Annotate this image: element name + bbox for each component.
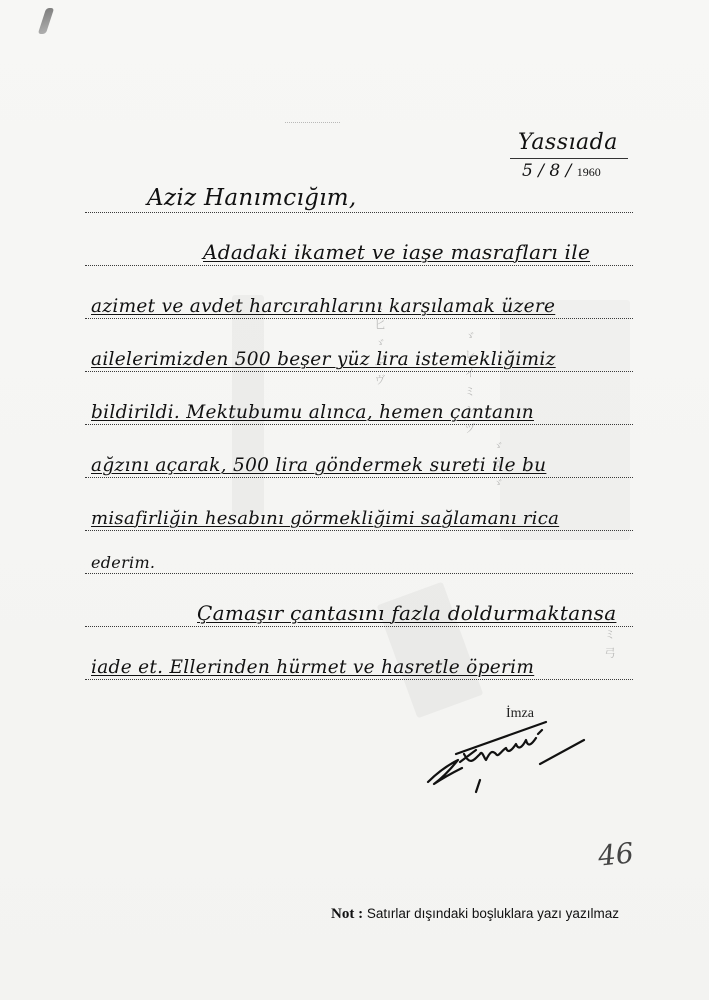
- place-underline: [510, 158, 628, 159]
- place-name: Yassıada: [510, 130, 645, 156]
- letter-line: ağzını açarak, 500 lira göndermek sureti…: [91, 455, 546, 476]
- form-footer-note: Not : Satırlar dışındaki boşluklara yazı…: [331, 906, 619, 923]
- ruled-line: misafirliğin hesabını görmekliğimi sağla…: [85, 490, 633, 531]
- ruled-line: Adadaki ikamet ve iaşe masrafları ile: [85, 225, 633, 266]
- signature-icon: [420, 720, 610, 800]
- letter-line: bildirildi. Mektubumu alınca, hemen çant…: [91, 402, 534, 423]
- ruled-line: Aziz Hanımcığım,: [85, 172, 633, 213]
- margin-page-number: 46: [596, 836, 635, 873]
- ruled-line: ailelerimizden 500 beşer yüz lira isteme…: [85, 331, 633, 372]
- corner-ink-mark: [38, 8, 54, 34]
- letter-line: Çamaşır çantasını fazla doldurmaktansa: [197, 601, 616, 625]
- ruled-line: bildirildi. Mektubumu alınca, hemen çant…: [85, 384, 633, 425]
- letter-line: iade et. Ellerinden hürmet ve hasretle ö…: [91, 657, 534, 678]
- ruled-line: iade et. Ellerinden hürmet ve hasretle ö…: [85, 639, 633, 680]
- letter-line: azimet ve avdet harcırahlarını karşılama…: [91, 296, 555, 317]
- ruled-line: Çamaşır çantasını fazla doldurmaktansa: [85, 586, 633, 627]
- top-smudge: [285, 122, 340, 126]
- note-label: Not :: [331, 906, 363, 922]
- letter-line: ederim.: [91, 553, 155, 572]
- salutation: Aziz Hanımcığım,: [147, 185, 357, 211]
- note-text: Satırlar dışındaki boşluklara yazı yazıl…: [367, 906, 619, 921]
- letter-line: misafirliğin hesabını görmekliğimi sağla…: [91, 508, 559, 529]
- letter-line: ailelerimizden 500 beşer yüz lira isteme…: [91, 349, 556, 370]
- ruled-line: ağzını açarak, 500 lira göndermek sureti…: [85, 437, 633, 478]
- letter-page: ミ 匕 ゞ ぶ ヴ ゞ レ イ ミ シ ヅ ゞ ゆ ゞ ニ ミ 弓 Yassıa…: [0, 0, 709, 1000]
- ruled-line: ederim.: [85, 533, 633, 574]
- letter-line: Adadaki ikamet ve iaşe masrafları ile: [203, 240, 590, 264]
- ruled-line: azimet ve avdet harcırahlarını karşılama…: [85, 278, 633, 319]
